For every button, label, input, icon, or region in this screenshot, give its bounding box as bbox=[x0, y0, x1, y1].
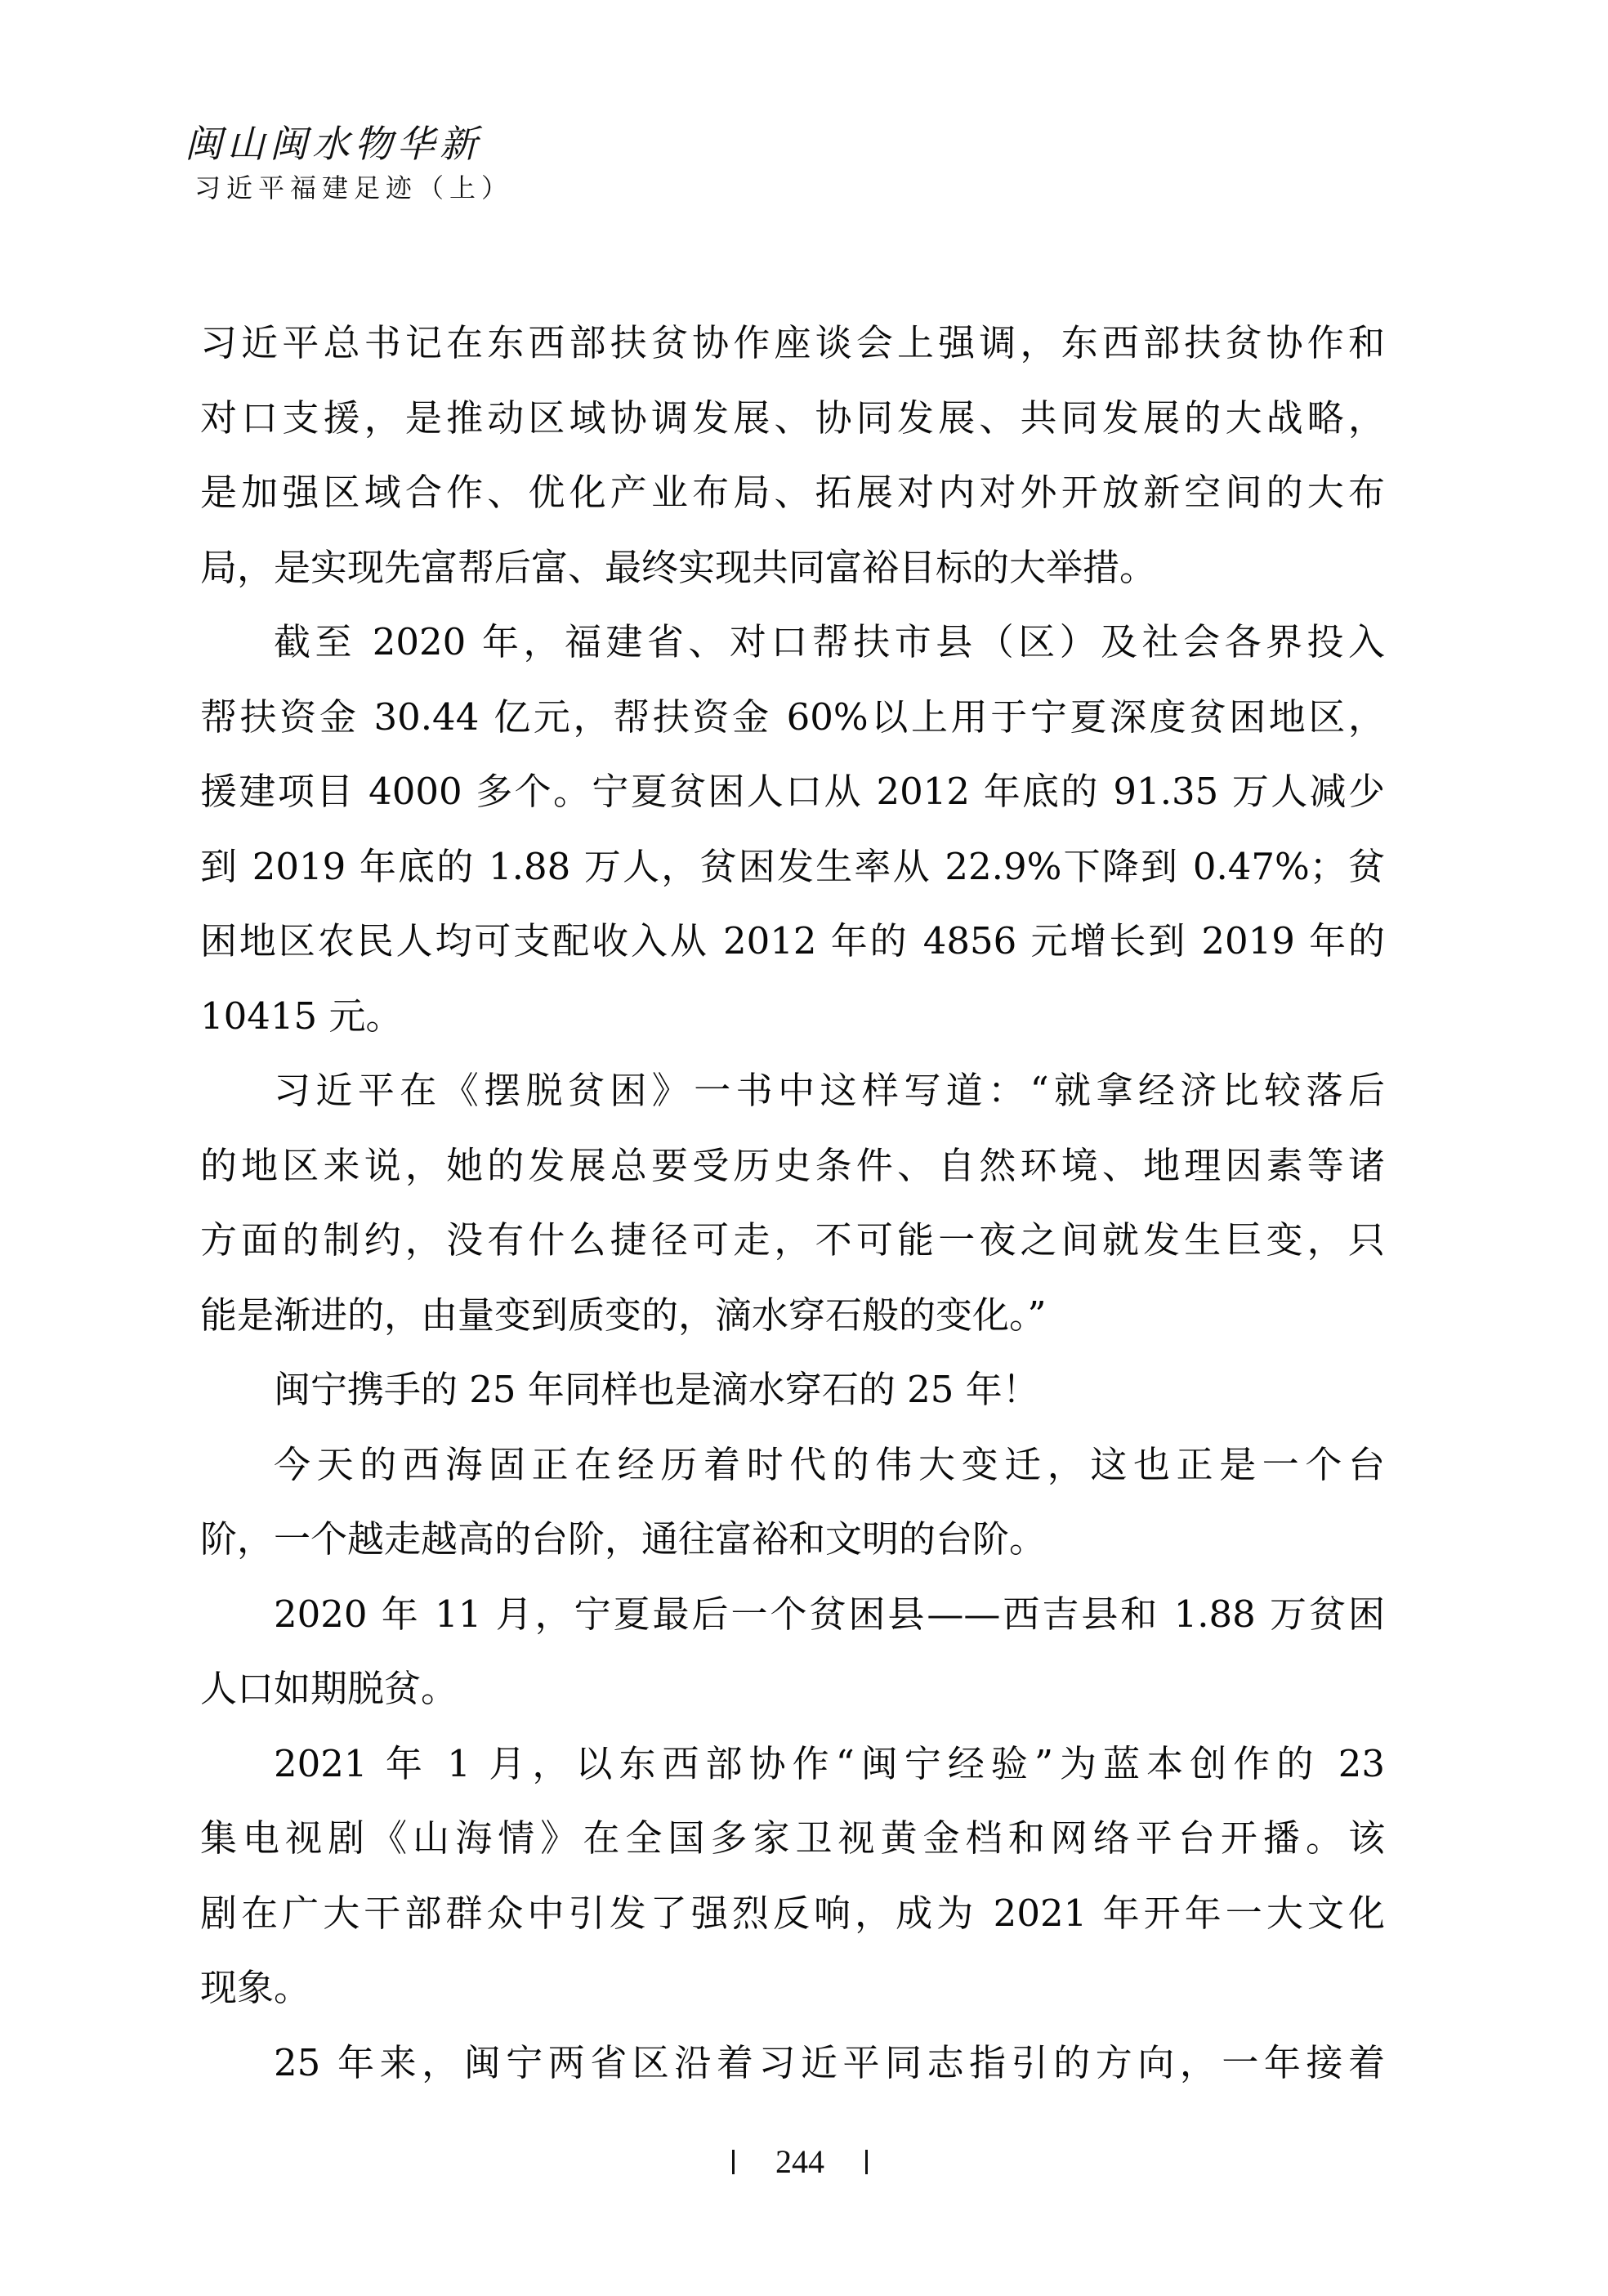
text-line: 2021 年 1 月，以东西部协作“闽宁经验”为蓝本创作的 23 bbox=[200, 1726, 1385, 1802]
text-line: 25 年来，闽宁两省区沿着习近平同志指引的方向，一年接着 bbox=[200, 2026, 1385, 2101]
footer-divider-right bbox=[865, 2150, 868, 2174]
text-line: 的地区来说，她的发展总要受历史条件、自然环境、地理因素等诸 bbox=[200, 1128, 1385, 1204]
paragraph: 闽宁携手的 25 年同样也是滴水穿石的 25 年！ bbox=[200, 1352, 1385, 1427]
book-subtitle: 习近平福建足迹（上） bbox=[194, 172, 513, 204]
page-footer: 244 bbox=[732, 2146, 868, 2178]
text-line: 现象。 bbox=[200, 1950, 1385, 2026]
text-line: 到 2019 年底的 1.88 万人，贫困发生率从 22.9%下降到 0.47%… bbox=[200, 829, 1385, 905]
text-line: 10415 元。 bbox=[200, 979, 1385, 1054]
text-line: 能是渐进的，由量变到质变的，滴水穿石般的变化。” bbox=[200, 1278, 1385, 1353]
paragraph: 今天的西海固正在经历着时代的伟大变迁，这也正是一个台 阶，一个越走越高的台阶，通… bbox=[200, 1427, 1385, 1577]
text-line: 援建项目 4000 多个。宁夏贫困人口从 2012 年底的 91.35 万人减少 bbox=[200, 754, 1385, 829]
paragraph: 25 年来，闽宁两省区沿着习近平同志指引的方向，一年接着 bbox=[200, 2026, 1385, 2101]
text-line: 困地区农民人均可支配收入从 2012 年的 4856 元增长到 2019 年的 bbox=[200, 904, 1385, 979]
footer-divider-left bbox=[732, 2150, 735, 2174]
text-line: 对口支援，是推动区域协调发展、协同发展、共同发展的大战略， bbox=[200, 381, 1385, 456]
text-line: 是加强区域合作、优化产业布局、拓展对内对外开放新空间的大布 bbox=[200, 455, 1385, 530]
text-line: 阶，一个越走越高的台阶，通往富裕和文明的台阶。 bbox=[200, 1502, 1385, 1577]
text-line: 今天的西海固正在经历着时代的伟大变迁，这也正是一个台 bbox=[200, 1427, 1385, 1503]
text-line: 习近平总书记在东西部扶贫协作座谈会上强调，东西部扶贫协作和 bbox=[200, 306, 1385, 381]
text-line: 局，是实现先富帮后富、最终实现共同富裕目标的大举措。 bbox=[200, 530, 1385, 605]
text-line: 方面的制约，没有什么捷径可走，不可能一夜之间就发生巨变，只 bbox=[200, 1203, 1385, 1278]
text-line: 2020 年 11 月，宁夏最后一个贫困县——西吉县和 1.88 万贫困 bbox=[200, 1577, 1385, 1652]
text-line: 集电视剧《山海情》在全国多家卫视黄金档和网络平台开播。该 bbox=[200, 1801, 1385, 1876]
page-number: 244 bbox=[775, 2146, 824, 2178]
paragraph: 2020 年 11 月，宁夏最后一个贫困县——西吉县和 1.88 万贫困 人口如… bbox=[200, 1577, 1385, 1726]
text-line: 人口如期脱贫。 bbox=[200, 1651, 1385, 1726]
text-line: 剧在广大干部群众中引发了强烈反响，成为 2021 年开年一大文化 bbox=[200, 1876, 1385, 1951]
paragraph: 2021 年 1 月，以东西部协作“闽宁经验”为蓝本创作的 23 集电视剧《山海… bbox=[200, 1726, 1385, 2026]
running-header: 闽山闽水物华新 习近平福建足迹（上） bbox=[185, 121, 513, 204]
text-line: 习近平在《摆脱贫困》一书中这样写道：“就拿经济比较落后 bbox=[200, 1053, 1385, 1128]
book-title: 闽山闽水物华新 bbox=[185, 121, 513, 167]
text-line: 闽宁携手的 25 年同样也是滴水穿石的 25 年！ bbox=[200, 1352, 1385, 1427]
paragraph: 截至 2020 年，福建省、对口帮扶市县（区）及社会各界投入 帮扶资金 30.4… bbox=[200, 605, 1385, 1053]
text-line: 截至 2020 年，福建省、对口帮扶市县（区）及社会各界投入 bbox=[200, 605, 1385, 680]
text-line: 帮扶资金 30.44 亿元，帮扶资金 60%以上用于宁夏深度贫困地区， bbox=[200, 680, 1385, 755]
paragraph: 习近平在《摆脱贫困》一书中这样写道：“就拿经济比较落后 的地区来说，她的发展总要… bbox=[200, 1053, 1385, 1352]
body-text: 习近平总书记在东西部扶贫协作座谈会上强调，东西部扶贫协作和 对口支援，是推动区域… bbox=[200, 306, 1385, 2100]
paragraph: 习近平总书记在东西部扶贫协作座谈会上强调，东西部扶贫协作和 对口支援，是推动区域… bbox=[200, 306, 1385, 605]
